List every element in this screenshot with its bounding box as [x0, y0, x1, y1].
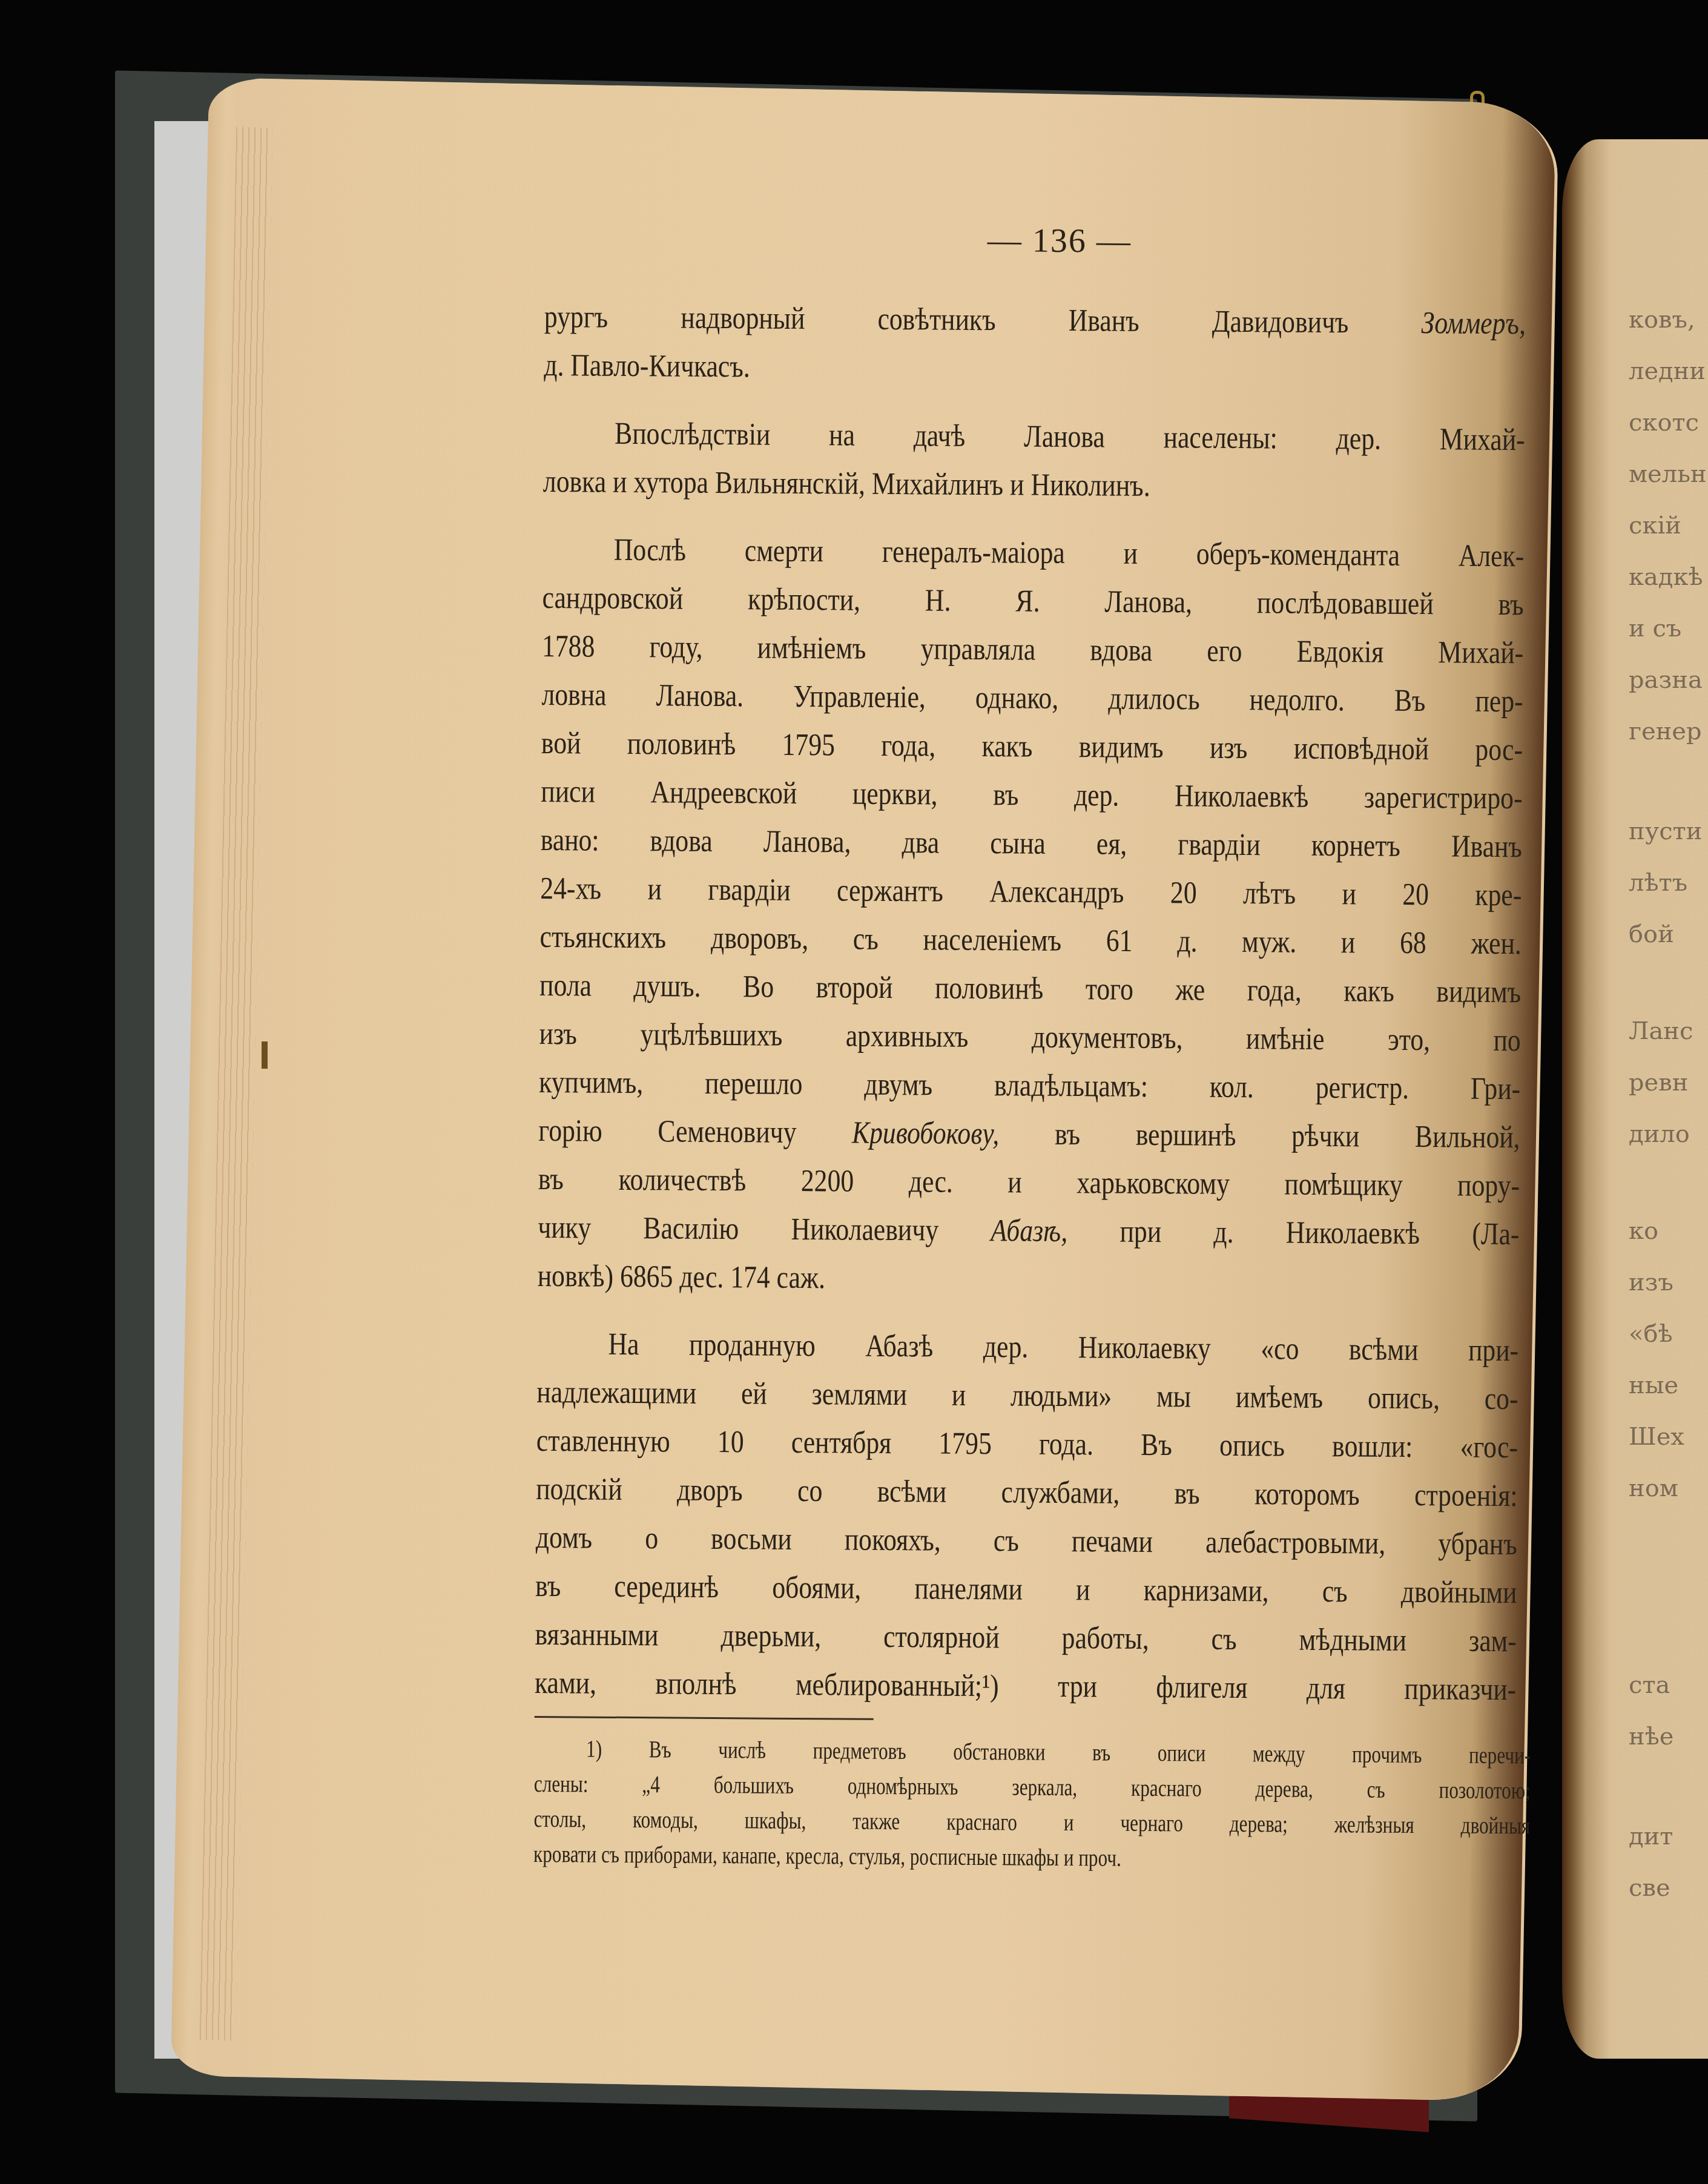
page-content: — 136 — рургъ надворный совѣтникъ Иванъ … [533, 218, 1526, 1878]
adjacent-text-fragment: све [1629, 1874, 1670, 1902]
adjacent-text-fragment: Шех [1629, 1423, 1684, 1451]
text-line: домъ о восьми покояхъ, съ печами алебаст… [536, 1514, 1518, 1569]
text-line: ками, вполнѣ меблированный;¹) три флигел… [535, 1659, 1517, 1714]
text-line: пола душъ. Во второй половинѣ того же го… [539, 962, 1522, 1017]
text-line: ставленную 10 сентября 1795 года. Въ опи… [536, 1417, 1518, 1472]
adjacent-text-fragment: бой [1629, 920, 1674, 948]
adjacent-text-fragment: «бѣ [1629, 1320, 1673, 1348]
adjacent-text-fragment: дит [1629, 1823, 1673, 1850]
adjacent-text-fragment: ревн [1629, 1069, 1688, 1097]
adjacent-text-fragment: генер [1629, 718, 1702, 745]
text-line: писи Андреевской церкви, въ дер. Николае… [541, 768, 1523, 823]
adjacent-text-fragment: ном [1629, 1474, 1678, 1502]
text-line: надлежащими ей землями и людьми» мы имѣе… [536, 1368, 1518, 1424]
text-line: въ серединѣ обоями, панелями и карнизами… [535, 1562, 1517, 1617]
body-text: рургъ надворный совѣтникъ Иванъ Давидови… [535, 293, 1525, 1714]
adjacent-text-fragment: Ланс [1629, 1017, 1693, 1045]
text-line: вано: вдова Ланова, два сына ея, гвардіи… [541, 816, 1523, 871]
text-line: стьянскихъ дворовъ, съ населеніемъ 61 д.… [539, 913, 1522, 968]
adjacent-page-text: ковъ,леднискотсмельнскійкадкѣи съразнаге… [1629, 0, 1708, 2184]
text-line: ловна Ланова. Управленіе, однако, длилос… [541, 671, 1523, 726]
text-line: 1788 году, имѣніемъ управляла вдова его … [542, 622, 1524, 678]
text-line: ловка и хутора Вильнянскій, Михайлинъ и … [543, 458, 1525, 513]
text-line: чику Василію Николаевичу Абазѣ, при д. Н… [538, 1204, 1520, 1259]
text-line: купчимъ, перешло двумъ владѣльцамъ: кол.… [539, 1058, 1521, 1113]
text-line: 24-хъ и гвардіи сержантъ Александръ 20 л… [540, 865, 1522, 920]
text-line: д. Павло-Кичкасъ. [544, 341, 1526, 397]
text-line: въ количествѣ 2200 дес. и харьковскому п… [538, 1155, 1520, 1210]
adjacent-text-fragment: кадкѣ [1629, 563, 1703, 591]
text-line: Впослѣдствіи на дачѣ Ланова населены: де… [543, 409, 1525, 464]
adjacent-text-fragment: скотс [1629, 409, 1699, 437]
page-number: — 136 — [593, 219, 1526, 264]
adjacent-text-fragment: ные [1629, 1371, 1678, 1399]
adjacent-text-fragment: ста [1629, 1671, 1670, 1699]
text-line: подскій дворъ со всѣми службами, въ кото… [536, 1465, 1518, 1520]
text-line: горію Семеновичу Кривобокову, въ вершинѣ… [538, 1107, 1520, 1162]
adjacent-text-fragment: нѣе [1629, 1723, 1673, 1750]
text-line: сандровской крѣпости, Н. Я. Ланова, посл… [542, 574, 1524, 629]
adjacent-text-fragment: скій [1629, 512, 1681, 539]
text-line: вязанными дверьми, столярной работы, съ … [535, 1611, 1517, 1666]
footnote-rule [535, 1716, 874, 1720]
text-line: Послѣ смерти генералъ-маіора и оберъ-ком… [542, 526, 1525, 581]
italic-name: Кривобокову, [852, 1116, 1000, 1152]
adjacent-text-fragment: и съ [1629, 615, 1681, 642]
text-line: новкѣ) 6865 дес. 174 саж. [538, 1252, 1520, 1307]
footnote-line: кровати съ приборами, канапе, кресла, ст… [533, 1836, 1530, 1878]
text-line: На проданную Абазѣ дер. Николаевку «со в… [537, 1320, 1519, 1375]
text-line: вой половинѣ 1795 года, какъ видимъ изъ … [541, 719, 1523, 774]
adjacent-text-fragment: ковъ, [1629, 306, 1695, 334]
adjacent-text-fragment: дило [1629, 1120, 1690, 1148]
footnote: 1) Въ числѣ предметовъ обстановки въ опи… [533, 1731, 1515, 1878]
text-line: изъ уцѣлѣвшихъ архивныхъ документовъ, им… [539, 1010, 1521, 1065]
adjacent-text-fragment: лѣтъ [1629, 869, 1687, 897]
adjacent-text-fragment: ко [1629, 1217, 1658, 1245]
adjacent-text-fragment: мельн [1629, 460, 1707, 488]
italic-name: Зоммеръ, [1421, 306, 1526, 341]
adjacent-text-fragment: ледни [1629, 357, 1706, 385]
text-line: рургъ надворный совѣтникъ Иванъ Давидови… [544, 293, 1526, 348]
adjacent-text-fragment: изъ [1629, 1269, 1673, 1296]
ink-mark [262, 1041, 268, 1069]
adjacent-text-fragment: разна [1629, 666, 1703, 694]
adjacent-text-fragment: пусти [1629, 817, 1702, 845]
italic-name: Абазѣ, [991, 1213, 1067, 1249]
